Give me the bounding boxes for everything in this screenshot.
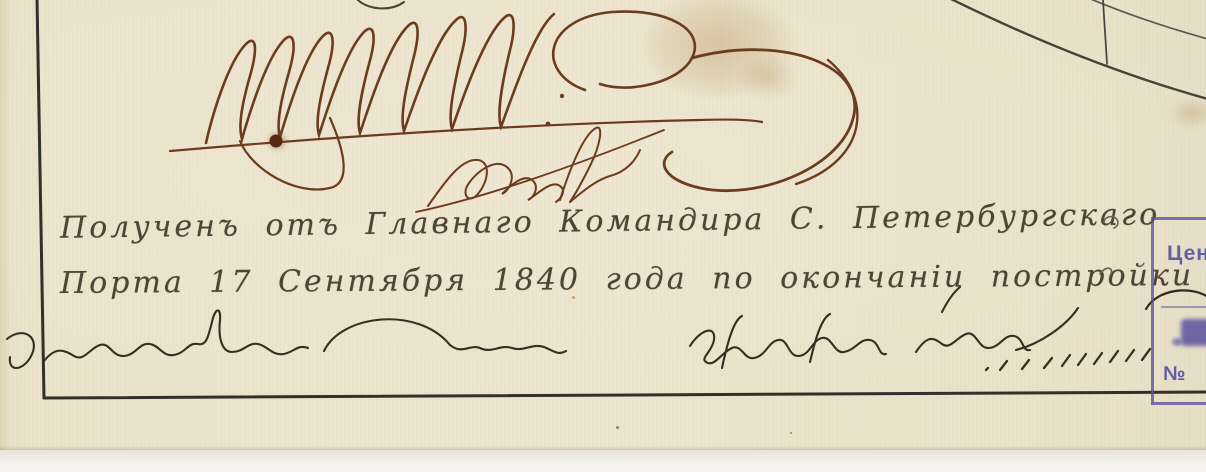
stamp-divider-line	[1161, 306, 1206, 308]
stamp-text-fragment: Цен	[1167, 242, 1206, 266]
archive-stamp: Цен №	[1151, 217, 1206, 405]
stamp-number-sign: №	[1163, 363, 1185, 386]
stamp-smudge-dot	[1172, 338, 1182, 346]
ink-blot-halo	[262, 127, 292, 155]
dust-speck	[790, 432, 792, 434]
stamp-smudged-text	[1181, 319, 1206, 346]
dust-speck	[616, 426, 619, 429]
scanned-manuscript-fragment: Полученъ отъ Главнаго Командира С. Петер…	[0, 0, 1206, 472]
paper-stain-small	[728, 48, 808, 108]
scanner-background-strip	[0, 450, 1206, 472]
